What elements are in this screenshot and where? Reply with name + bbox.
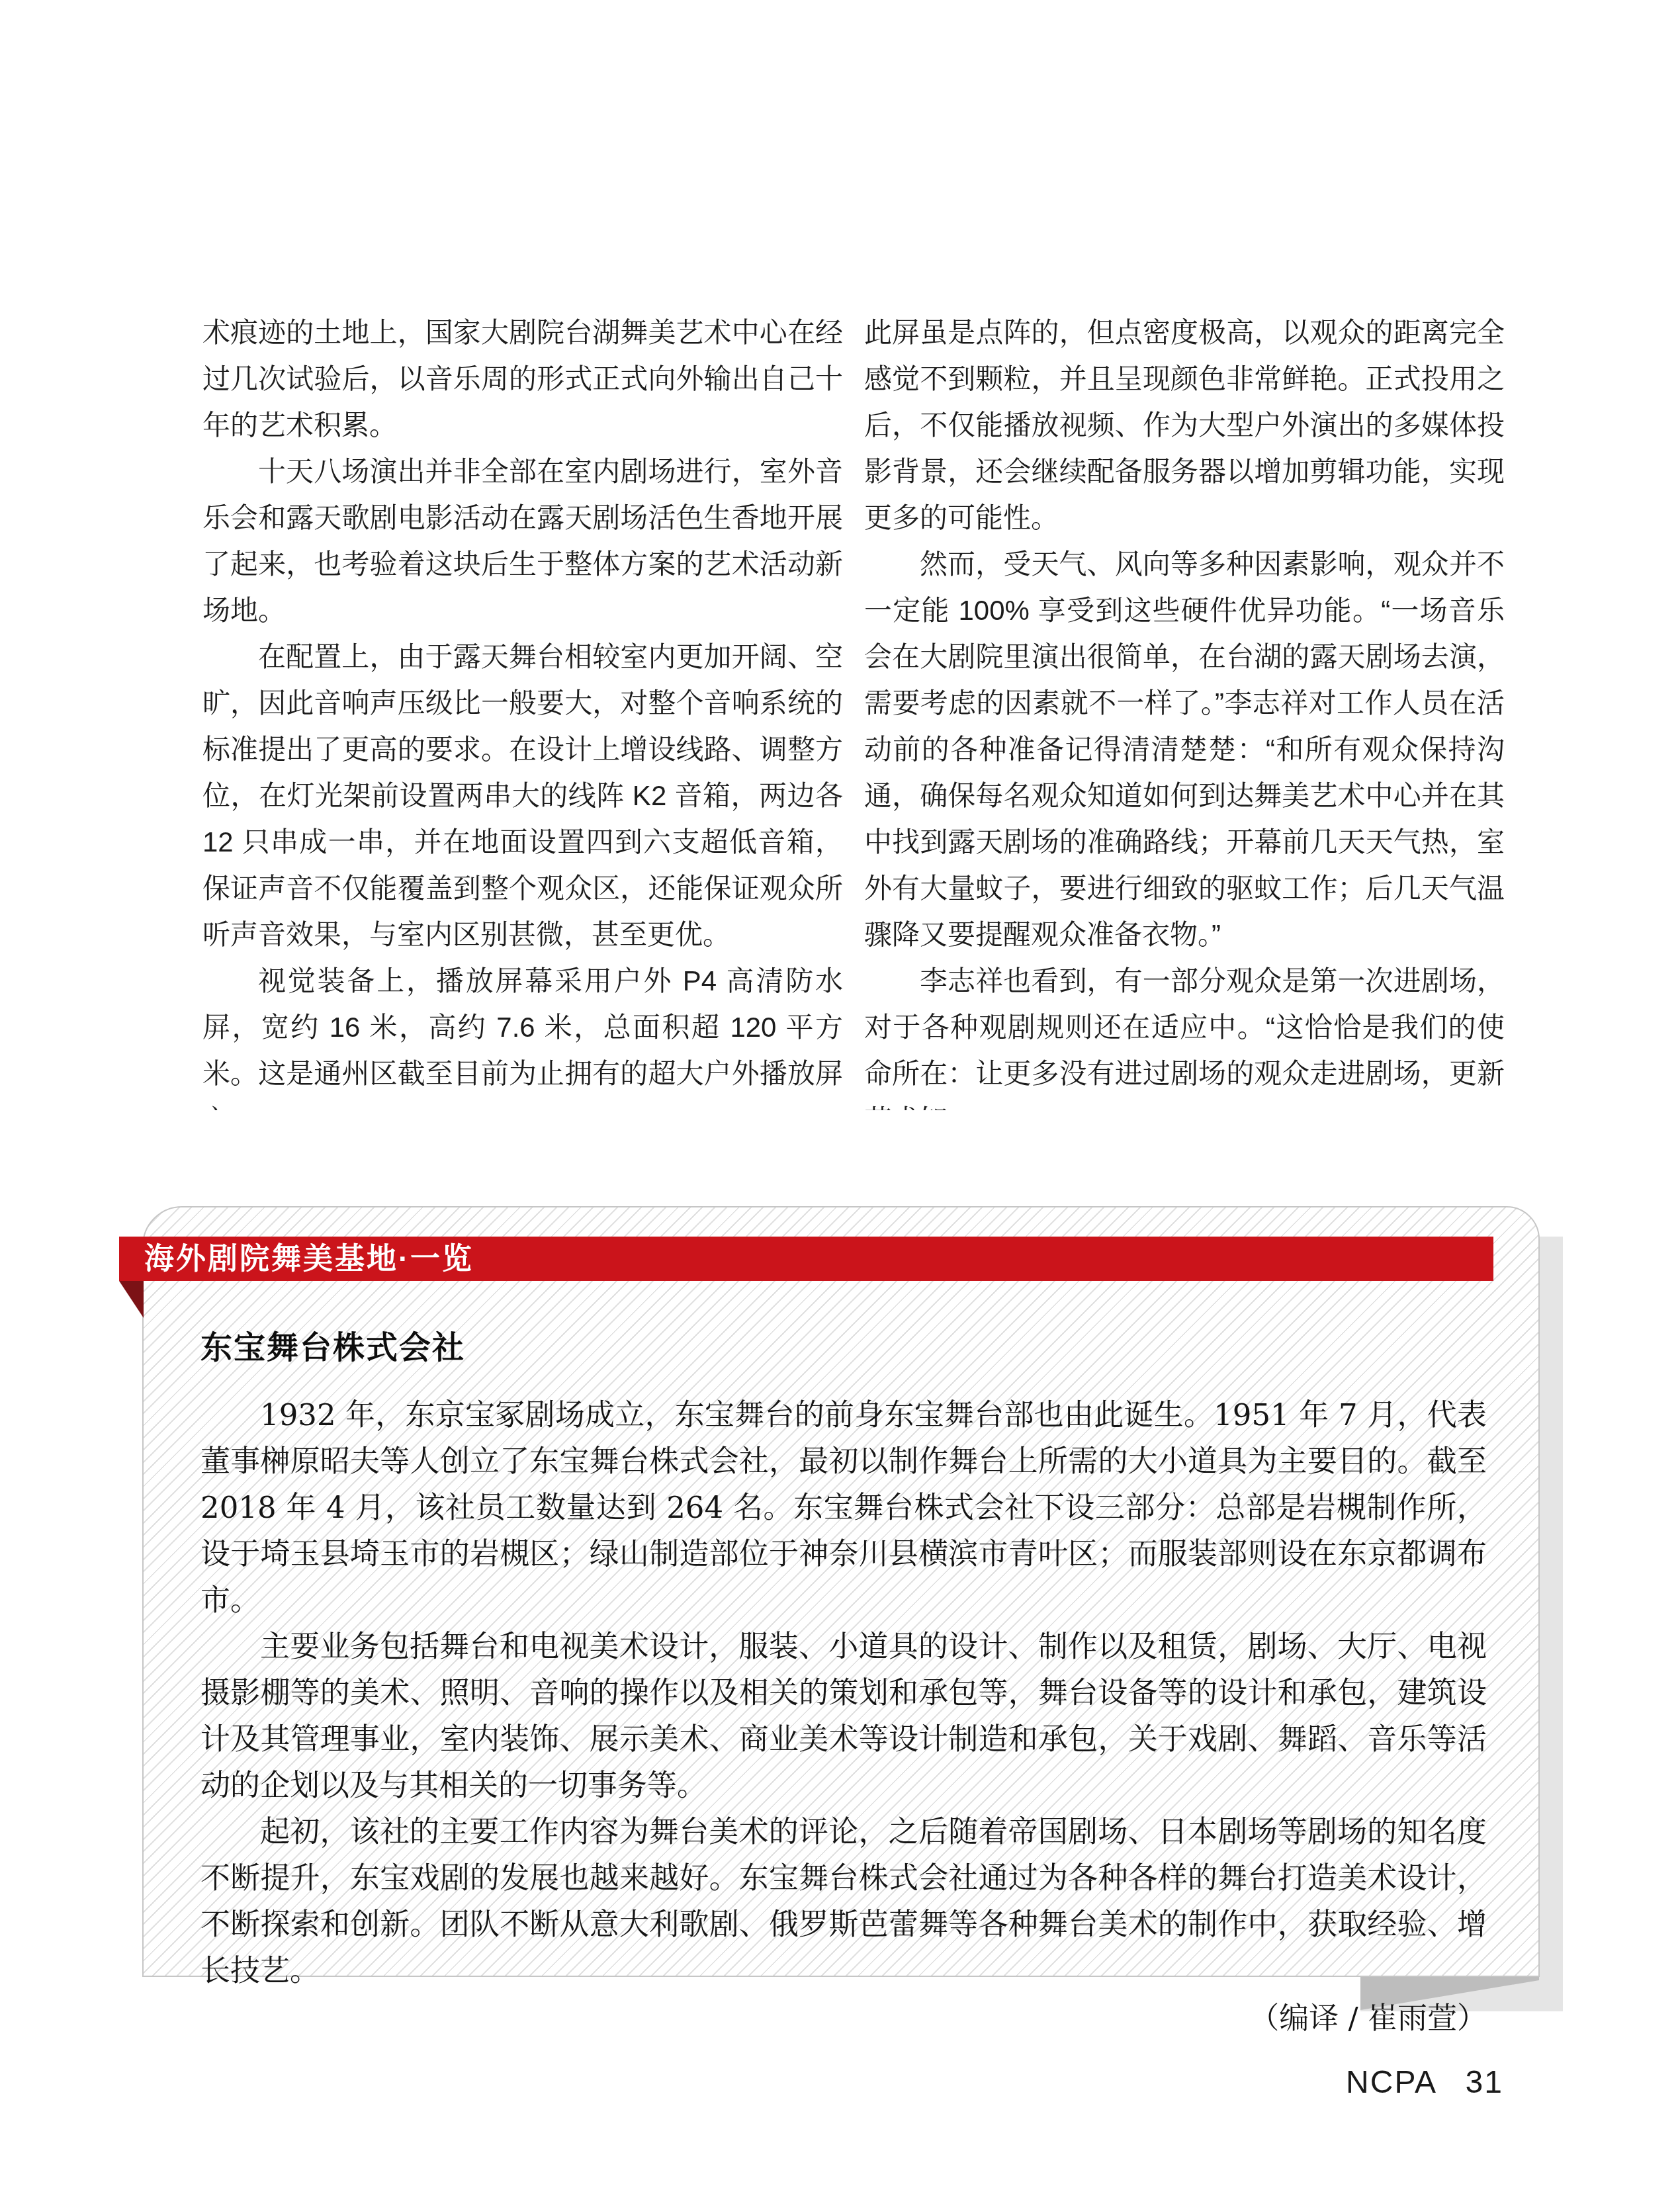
article-paragraph: 十天八场演出并非全部在室内剧场进行，室外音乐会和露天歌剧电影活动在露天剧场活色生…: [202, 449, 843, 634]
panel-paragraph: 主要业务包括舞台和电视美术设计，服装、小道具的设计、制作以及租赁，剧场、大厅、电…: [200, 1624, 1487, 1809]
panel-banner: 海外剧院舞美基地·一览: [119, 1237, 1493, 1281]
article-paragraph: 李志祥也看到，有一部分观众是第一次进剧场，对于各种观剧规则还在适应中。“这恰恰是…: [864, 958, 1505, 1110]
footer-brand: NCPA: [1346, 2065, 1435, 2100]
panel-signature: （编译 / 崔雨萱）: [200, 1994, 1487, 2042]
article-paragraph: 此屏虽是点阵的，但点密度极高，以观众的距离完全感觉不到颗粒，并且呈现颜色非常鲜艳…: [864, 310, 1505, 541]
panel-paragraph: 1932 年，东京宝冢剧场成立，东宝舞台的前身东宝舞台部也由此诞生。1951 年…: [200, 1392, 1487, 1624]
article-paragraph: 视觉装备上，播放屏幕采用户外 P4 高清防水屏，宽约 16 米，高约 7.6 米…: [202, 958, 843, 1110]
article-column-right: 此屏虽是点阵的，但点密度极高，以观众的距离完全感觉不到颗粒，并且呈现颜色非常鲜艳…: [864, 310, 1505, 1110]
page-footer: NCPA 31: [1346, 2064, 1503, 2101]
footer-page-number: 31: [1466, 2065, 1503, 2100]
article-paragraph: 然而，受天气、风向等多种因素影响，观众并不一定能 100% 享受到这些硬件优异功…: [864, 541, 1505, 958]
article-column-left: 术痕迹的土地上，国家大剧院台湖舞美艺术中心在经过几次试验后，以音乐周的形式正式向…: [202, 310, 843, 1110]
article-paragraph: 术痕迹的土地上，国家大剧院台湖舞美艺术中心在经过几次试验后，以音乐周的形式正式向…: [202, 310, 843, 449]
panel-banner-fold: [119, 1281, 144, 1318]
panel-body: 1932 年，东京宝冢剧场成立，东宝舞台的前身东宝舞台部也由此诞生。1951 年…: [200, 1392, 1487, 2042]
panel-banner-label: 海外剧院舞美基地·一览: [119, 1237, 1493, 1281]
article-paragraph: 在配置上，由于露天舞台相较室内更加开阔、空旷，因此音响声压级比一般要大，对整个音…: [202, 634, 843, 958]
panel-paragraph: 起初，该社的主要工作内容为舞台美术的评论，之后随着帝国剧场、日本剧场等剧场的知名…: [200, 1809, 1487, 1994]
panel-title: 东宝舞台株式会社: [200, 1322, 465, 1368]
magazine-page: 术痕迹的土地上，国家大剧院台湖舞美艺术中心在经过几次试验后，以音乐周的形式正式向…: [0, 0, 1680, 2188]
